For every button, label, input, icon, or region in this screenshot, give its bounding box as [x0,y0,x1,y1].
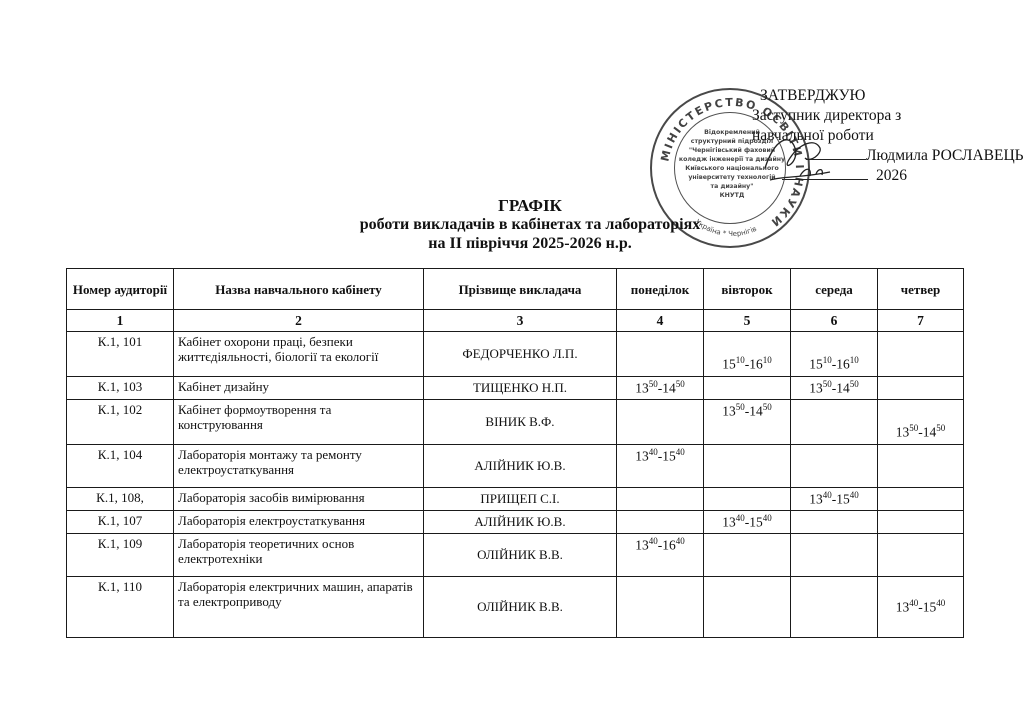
time-slot-wed [791,577,878,638]
signature-icon [760,128,840,188]
time-slot-wed: 1340-1540 [791,488,878,511]
column-number: 6 [791,310,878,332]
time-slot-mon [617,332,704,377]
room-number: К.1, 101 [67,332,174,377]
room-number: К.1, 103 [67,377,174,400]
time-slot-tue [704,445,791,488]
column-number: 2 [174,310,424,332]
teacher-name: ТИЩЕНКО Н.П. [424,377,617,400]
teacher-name: ВІНИК В.Ф. [424,400,617,445]
time-slot-mon: 1340-1640 [617,534,704,577]
title-line3: на II півріччя 2025-2026 н.р. [300,234,760,253]
teacher-name: АЛІЙНИК Ю.В. [424,445,617,488]
room-number: К.1, 110 [67,577,174,638]
time-slot-thu [878,488,964,511]
time-slot-tue [704,488,791,511]
time-slot-thu: 1350-1450 [878,400,964,445]
time-slot-thu [878,511,964,534]
table-row: К.1, 110Лабораторія електричних машин, а… [67,577,964,638]
table-header-row: Номер аудиторії Назва навчального кабіне… [67,269,964,310]
cabinet-name: Лабораторія монтажу та ремонту електроус… [174,445,424,488]
table-row: К.1, 109Лабораторія теоретичних основ ел… [67,534,964,577]
cabinet-name: Кабінет охорони праці, безпеки життєдіял… [174,332,424,377]
approver-name: Людмила РОСЛАВЕЦЬ [866,147,1024,164]
column-number: 1 [67,310,174,332]
time-slot-mon: 1340-1540 [617,445,704,488]
column-number: 7 [878,310,964,332]
time-slot-tue: 1510-1610 [704,332,791,377]
cabinet-name: Кабінет формоутворення та конструювання [174,400,424,445]
room-number: К.1, 108, [67,488,174,511]
time-slot-wed: 1510-1610 [791,332,878,377]
table-row: К.1, 108,Лабораторія засобів вимірювання… [67,488,964,511]
time-slot-thu [878,445,964,488]
room-number: К.1, 102 [67,400,174,445]
time-slot-tue [704,377,791,400]
title-line2: роботи викладачів в кабінетах та лаборат… [300,215,760,234]
column-number: 3 [424,310,617,332]
cabinet-name: Кабінет дизайну [174,377,424,400]
table-row: К.1, 101Кабінет охорони праці, безпеки ж… [67,332,964,377]
cabinet-name: Лабораторія електричних машин, апаратів … [174,577,424,638]
table-row: К.1, 104Лабораторія монтажу та ремонту е… [67,445,964,488]
time-slot-wed [791,534,878,577]
cabinet-name: Лабораторія електроустаткування [174,511,424,534]
header-cabinet-name: Назва навчального кабінету [174,269,424,310]
time-slot-tue [704,577,791,638]
time-slot-mon [617,488,704,511]
approval-year: 2026 [876,167,907,184]
time-slot-mon: 1350-1450 [617,377,704,400]
table-row: К.1, 107Лабораторія електроустаткуванняА… [67,511,964,534]
column-number-row: 1 2 3 4 5 6 7 [67,310,964,332]
teacher-name: ОЛІЙНИК В.В. [424,534,617,577]
time-slot-tue: 1350-1450 [704,400,791,445]
header-monday: понеділок [617,269,704,310]
header-wednesday: середа [791,269,878,310]
time-slot-wed [791,400,878,445]
time-slot-wed [791,445,878,488]
cabinet-name: Лабораторія теоретичних основ електротех… [174,534,424,577]
time-slot-thu [878,377,964,400]
time-slot-thu [878,332,964,377]
time-slot-thu: 1340-1540 [878,577,964,638]
column-number: 4 [617,310,704,332]
time-slot-tue [704,534,791,577]
teacher-name: ОЛІЙНИК В.В. [424,577,617,638]
teacher-name: ПРИЩЕП С.І. [424,488,617,511]
room-number: К.1, 104 [67,445,174,488]
schedule-table: Номер аудиторії Назва навчального кабіне… [66,268,964,638]
header-thursday: четвер [878,269,964,310]
header-teacher: Прізвище викладача [424,269,617,310]
title-line1: ГРАФІК [300,196,760,215]
table-row: К.1, 102Кабінет формоутворення та констр… [67,400,964,445]
document-title: ГРАФІК роботи викладачів в кабінетах та … [300,196,760,253]
time-slot-thu [878,534,964,577]
column-number: 5 [704,310,791,332]
room-number: К.1, 109 [67,534,174,577]
teacher-name: АЛІЙНИК Ю.В. [424,511,617,534]
time-slot-mon [617,511,704,534]
teacher-name: ФЕДОРЧЕНКО Л.П. [424,332,617,377]
time-slot-wed: 1350-1450 [791,377,878,400]
cabinet-name: Лабораторія засобів вимірювання [174,488,424,511]
time-slot-wed [791,511,878,534]
table-row: К.1, 103Кабінет дизайнуТИЩЕНКО Н.П.1350-… [67,377,964,400]
header-room: Номер аудиторії [67,269,174,310]
time-slot-mon [617,577,704,638]
header-tuesday: вівторок [704,269,791,310]
room-number: К.1, 107 [67,511,174,534]
time-slot-tue: 1340-1540 [704,511,791,534]
time-slot-mon [617,400,704,445]
